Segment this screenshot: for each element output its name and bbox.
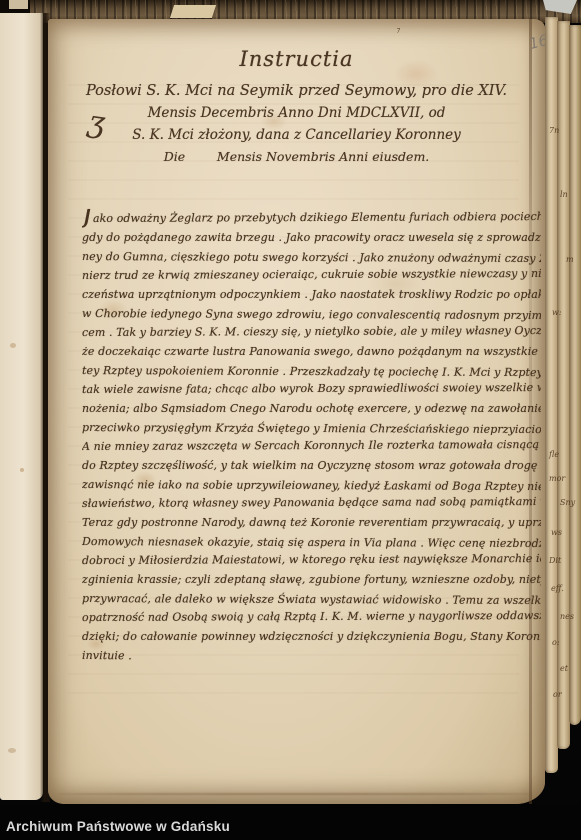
edge-ink-fragment: Dit [549, 556, 561, 565]
heading-title: Instructia [48, 47, 545, 71]
archive-watermark-bar: Archiwum Państwowe w Gdańsku [0, 804, 581, 840]
document-heading: Instructia Posłowi S. K. Mci na Seymik p… [48, 47, 545, 168]
archive-watermark-label: Archiwum Państwowe w Gdańsku [6, 819, 230, 834]
manuscript-line: gdy do pożądanego zawita brzegu . Jako p… [82, 228, 541, 247]
foxing-stain [8, 748, 16, 753]
edge-ink-fragment: o: [552, 638, 560, 647]
manuscript-line: A nie mniey zaraz wszczęta w Sercach Kor… [82, 435, 541, 456]
manuscript-scan: 16 Instructia Posłowi S. K. Mci na Seymi… [0, 0, 581, 840]
page-edge-chip [170, 5, 216, 18]
top-left-paper-chip [9, 0, 28, 9]
manuscript-body: Jako odważny Żeglarz po przebytych dziki… [82, 209, 541, 665]
manuscript-line: sławieństwo, ktorą własney swey Panowani… [82, 492, 541, 513]
manuscript-line: Jako odważny Żeglarz po przebytych dziki… [82, 207, 541, 228]
edge-ink-fragment: 7n [549, 126, 559, 135]
edge-ink-fragment: eff. [551, 584, 564, 593]
edge-ink-fragment: fle [549, 450, 559, 459]
manuscript-line: dzięki; do całowanie powinney wdzięcznoś… [82, 627, 541, 646]
manuscript-line: nożenia; albo Sąmsiadom Cnego Narodu och… [82, 399, 541, 418]
manuscript-line: czeństwa uprzątnionym odpoczynkiem . Jak… [82, 285, 541, 304]
edge-ink-fragment: et [560, 664, 568, 673]
edge-ink-fragment: or [553, 690, 562, 699]
previous-page-edge [0, 13, 43, 800]
manuscript-line: do Rzptey szczęśliwość, y tak wielkim na… [82, 456, 541, 475]
edge-ink-fragment: mor [549, 474, 565, 483]
edge-ink-fragment: m [566, 255, 574, 264]
manuscript-line: invituie . [82, 646, 541, 667]
heading-line: Mensis Decembris Anno Dni MDCLXVII, od [48, 102, 545, 124]
manuscript-line: cem . Tak y barziey S. K. M. cieszy się,… [82, 321, 541, 342]
foxing-stain [10, 343, 16, 348]
manuscript-line: opatrzność nad Osobą swoią y całą Rzptą … [82, 606, 541, 627]
manuscript-line: nierz trud ze krwią zmieszaney ocieraiąc… [82, 264, 541, 285]
manuscript-line: zginienia krassie; czyli zdeptaną sławę,… [82, 570, 541, 589]
heading-line: Posłowi S. K. Mci na Seymik przed Seymow… [48, 80, 545, 102]
manuscript-line: dobroci y Miłosierdzia Maiestatowi, w kt… [82, 549, 541, 570]
heading-line: Die Mensis Novembris Anni eiusdem. [48, 146, 545, 168]
edge-ink-fragment: ln [560, 190, 568, 199]
manuscript-page: 16 Instructia Posłowi S. K. Mci na Seymi… [48, 19, 545, 804]
foxing-stain [20, 468, 24, 472]
edge-ink-fragment: Sny [560, 498, 575, 507]
edge-ink-fragment: w: [552, 308, 562, 317]
edge-ink-fragment: ws [551, 528, 562, 537]
edge-ink-fragment: ⁊ [396, 26, 399, 34]
edge-ink-fragment: nes [560, 612, 574, 621]
manuscript-line: Teraz gdy postronne Narody, dawną też Ko… [82, 513, 541, 532]
manuscript-line: że doczekaiąc czwarte lustra Panowania s… [82, 342, 541, 361]
manuscript-line: tak wiele zawisne fata; chcąc albo wyrok… [82, 378, 541, 399]
heading-line: S. K. Mci złożony, dana z Cancellariey K… [48, 124, 545, 146]
